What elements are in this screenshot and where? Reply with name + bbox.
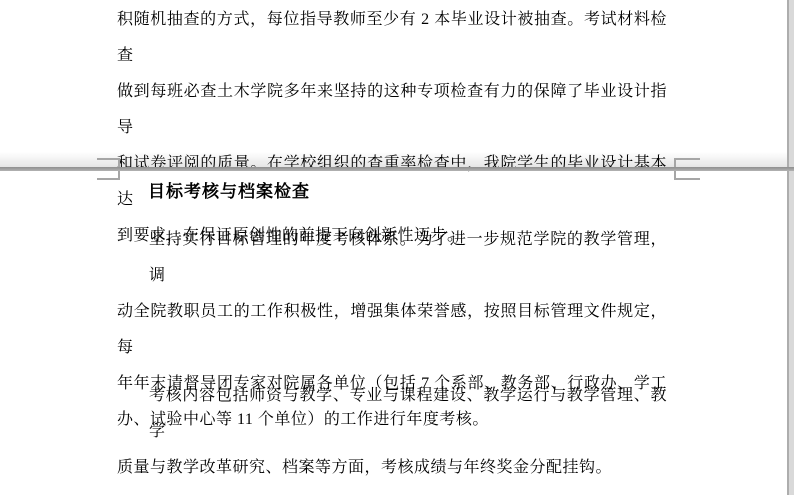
text-line[interactable]: 考核内容包括师资与教学、专业与课程建设、教学运行与教学管理、教学 bbox=[117, 378, 667, 450]
page-right-edge bbox=[787, 0, 794, 495]
word-document-view: { "colors": { "page": "#ffffff", "text":… bbox=[0, 0, 794, 495]
text-line[interactable]: 坚持实行目标管理的年度考核体系。为了进一步规范学院的教学管理，调 bbox=[117, 222, 667, 294]
page-break-separator[interactable] bbox=[0, 167, 794, 171]
page1-paragraph[interactable]: 积随机抽查的方式，每位指导教师至少有 2 本毕业设计被抽查。考试材料检查 做到每… bbox=[117, 2, 667, 254]
text-line[interactable]: 质量与教学改革研究、档案等方面，考核成绩与年终奖金分配挂钩。 bbox=[117, 450, 667, 486]
text-line[interactable]: 动全院教职员工的工作积极性，增强集体荣誉感，按照目标管理文件规定，每 bbox=[117, 294, 667, 366]
text-line[interactable]: 做到每班必查土木学院多年来坚持的这种专项检查有力的保障了毕业设计指导 bbox=[117, 74, 667, 146]
text-line[interactable]: 积随机抽查的方式，每位指导教师至少有 2 本毕业设计被抽查。考试材料检查 bbox=[117, 2, 667, 74]
section-heading[interactable]: 目标考核与档案检查 bbox=[148, 183, 310, 201]
page2-paragraph-2[interactable]: 考核内容包括师资与教学、专业与课程建设、教学运行与教学管理、教学 质量与教学改革… bbox=[117, 378, 667, 486]
